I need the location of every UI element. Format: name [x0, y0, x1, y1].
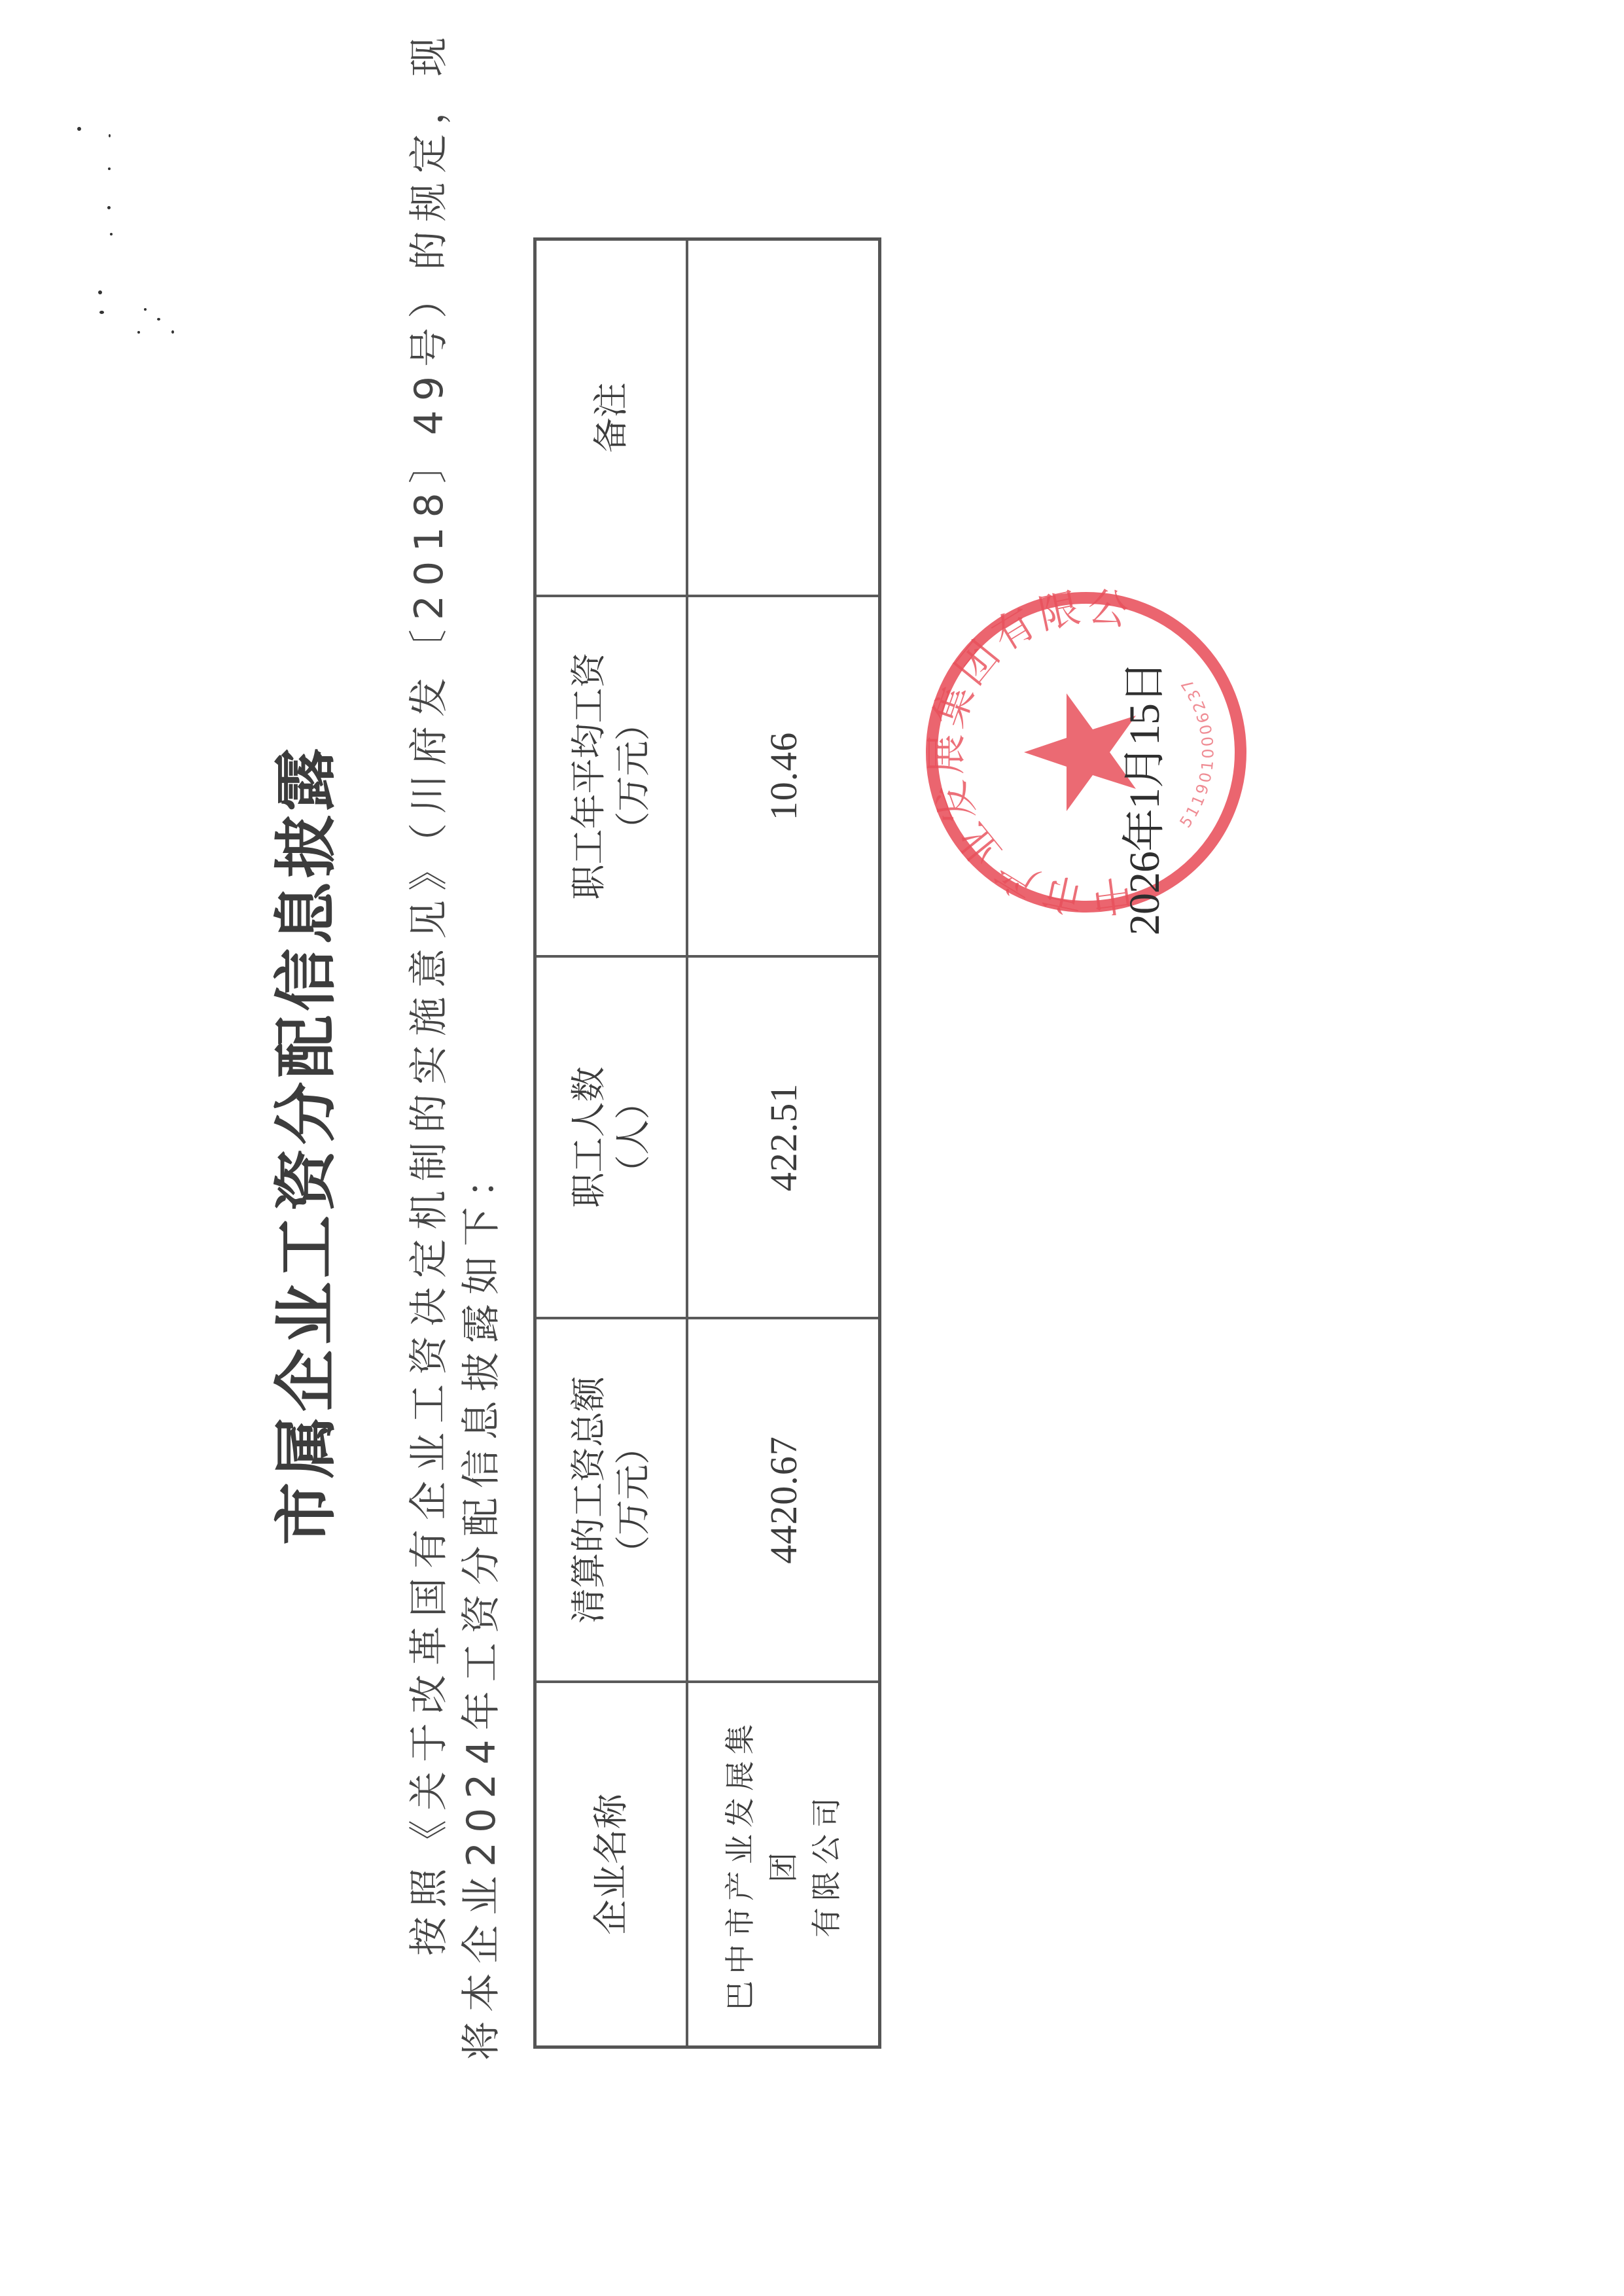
- intro-paragraph-line-2: 将本企业2024年工资分配信息披露如下：: [458, 1149, 505, 2061]
- cell-average-wage: 10.46: [688, 595, 878, 955]
- header-unit: （万元）: [611, 1376, 656, 1624]
- page-title: 市属企业工资分配信息披露: [274, 733, 339, 1557]
- header-unit: （万元）: [611, 653, 656, 900]
- header-label: 清算的工资总额: [568, 1376, 609, 1624]
- scan-speck: [109, 134, 111, 137]
- header-unit: （人）: [611, 1067, 656, 1208]
- scan-speck: [157, 318, 160, 321]
- wage-disclosure-table: 企业名称 清算的工资总额 （万元） 职工人数 （人） 职工年平均工资 （万元） …: [533, 237, 881, 2049]
- scan-speck: [99, 311, 104, 314]
- header-label: 职工年平均工资: [568, 653, 609, 900]
- header-label: 备注: [589, 383, 633, 453]
- cell-remarks: [688, 241, 878, 595]
- header-label: 企业名称: [589, 1794, 633, 1935]
- header-average-wage: 职工年平均工资 （万元）: [537, 595, 688, 955]
- document-page: 市属企业工资分配信息披露 按照《关于改革国有企业工资决定机制的实施意见》（川府发…: [0, 0, 1624, 2296]
- scan-speck: [137, 331, 140, 334]
- scan-speck: [108, 167, 111, 170]
- scan-speck: [171, 330, 174, 334]
- signature-date: 2026年1月15日: [1120, 608, 1170, 935]
- header-remarks: 备注: [537, 241, 688, 595]
- header-company-name: 企业名称: [537, 1680, 688, 2045]
- official-seal: 巴中市产业发展集团有限公司 5119010006237: [923, 589, 1250, 916]
- header-employee-count: 职工人数 （人）: [537, 955, 688, 1317]
- cell-employee-count: 422.51: [688, 955, 878, 1317]
- intro-paragraph-line-1: 按照《关于改革国有企业工资决定机制的实施意见》（川府发〔2018〕49号）的规定…: [406, 28, 453, 1956]
- seal-graphic: 巴中市产业发展集团有限公司 5119010006237: [923, 589, 1250, 916]
- cell-company-name: 巴中市产业发展集团有限公司: [688, 1680, 878, 2045]
- scan-speck: [110, 233, 113, 235]
- scan-speck: [98, 290, 102, 294]
- scan-speck: [144, 308, 147, 311]
- scan-speck: [107, 206, 111, 209]
- header-label: 职工人数: [568, 1067, 609, 1208]
- cell-total-wages: 4420.67: [688, 1317, 878, 1680]
- star-icon: [1024, 693, 1136, 811]
- header-total-wages: 清算的工资总额 （万元）: [537, 1317, 688, 1680]
- seal-serial-number: 5119010006237: [1176, 674, 1217, 831]
- scan-speck: [77, 127, 81, 131]
